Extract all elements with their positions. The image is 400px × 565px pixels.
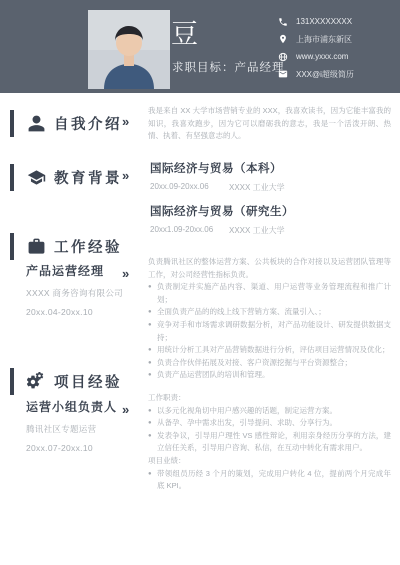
work-details: 负责腾讯社区的整体运营方案、公共板块的合作对接以及运营团队管理等工作，对公司经营… (148, 256, 391, 382)
project-duty: 发表争议，引导用户理性 VS 感性辩论，利用亲身经历分享的方法，建立信任关系，引… (148, 430, 391, 455)
education-school: XXXX 工业大学 (229, 182, 285, 193)
project-result: 带领组员历经 3 个月的策划，完成用户转化 4 位，提前两个月完成年底 KPI。 (148, 468, 391, 493)
work-bullet: 用统计分析工具对产品营销数据进行分析，评估项目运营情况及优化； (148, 344, 391, 357)
project-duty: 从备孕、孕中需求出发，引导提问、求助、分享行为。 (148, 417, 391, 430)
education-period: 20xx.09-20xx.06 (150, 182, 229, 193)
globe-icon (277, 51, 288, 62)
work-bullet: 全面负责产品的的线上线下营销方案、流量引入、； (148, 306, 391, 319)
contact-website-text: www.yxxx.com (296, 52, 348, 61)
project-period: 20xx.07-20xx.10 (26, 443, 144, 453)
project-duty-list: 以多元化视角切中用户感兴趣的话题，制定运营方案。 从备孕、孕中需求出发，引导提问… (148, 405, 391, 455)
section-title-education: 教育背景 (54, 167, 122, 188)
contact-website: www.yxxx.com (277, 48, 354, 66)
project-details: 工作职责： 以多元化视角切中用户感兴趣的话题，制定运营方案。 从备孕、孕中需求出… (148, 392, 391, 493)
person-icon (26, 114, 46, 134)
work-bullet: 竞争对手和市场需求调研数据分析，对产品功能设计、研发提供数据支持； (148, 319, 391, 344)
contact-phone: 131XXXXXXXX (277, 13, 354, 31)
work-company: XXXX 商务咨询有限公司 (26, 287, 144, 299)
education-entry: 国际经济与贸易（本科） 20xx.09-20xx.06 XXXX 工业大学 (150, 160, 393, 193)
profile-photo (88, 10, 170, 89)
work-intro: 负责腾讯社区的整体运营方案、公共板块的合作对接以及运营团队管理等工作，对公司经营… (148, 256, 391, 281)
section-work-header: 工作经验 (10, 233, 122, 260)
chevron-icon: » (122, 168, 129, 183)
work-bullet: 负责制定并实施产品内容、渠道、用户运营等业务管理流程和推广计划； (148, 281, 391, 306)
work-bullet: 负责合作伙伴拓展及对接、客户资源挖掘与平台资源整合； (148, 357, 391, 370)
contact-list: 131XXXXXXXX 上海市浦东新区 www.yxxx.com XXX@i超级… (277, 13, 354, 83)
section-accent-bar (10, 164, 14, 191)
section-title-project: 项目经验 (54, 371, 122, 392)
section-about-header: 自我介绍 (10, 110, 122, 137)
contact-email-text: XXX@i超级简历 (296, 69, 354, 80)
job-objective: 求职目标：产品经理 (172, 59, 285, 75)
chevron-icon: » (122, 266, 129, 281)
education-meta: 20xx1.09-20xx.06 XXXX 工业大学 (150, 225, 393, 236)
section-accent-bar (10, 110, 14, 137)
contact-location: 上海市浦东新区 (277, 31, 354, 49)
contact-email: XXX@i超级简历 (277, 66, 354, 84)
gears-icon (26, 372, 46, 392)
resume-page: 豆 求职目标：产品经理 131XXXXXXXX 上海市浦东新区 www.yxxx… (0, 0, 400, 565)
project-result-label: 项目业绩： (148, 455, 391, 468)
work-period: 20xx.04-20xx.10 (26, 307, 144, 317)
education-period: 20xx1.09-20xx.06 (150, 225, 229, 236)
work-bullet-list: 负责制定并实施产品内容、渠道、用户运营等业务管理流程和推广计划； 全面负责产品的… (148, 281, 391, 382)
location-icon (277, 34, 288, 45)
education-entry: 国际经济与贸易（研究生） 20xx1.09-20xx.06 XXXX 工业大学 (150, 203, 393, 236)
briefcase-icon (26, 237, 46, 257)
resume-header: 豆 求职目标：产品经理 131XXXXXXXX 上海市浦东新区 www.yxxx… (0, 0, 400, 93)
phone-icon (277, 16, 288, 27)
chevron-icon: » (122, 402, 129, 417)
section-accent-bar (10, 368, 14, 395)
project-duty-label: 工作职责： (148, 392, 391, 405)
section-education-header: 教育背景 (10, 164, 122, 191)
candidate-name: 豆 (171, 12, 198, 51)
section-project-header: 项目经验 (10, 368, 122, 395)
chevron-icon: » (122, 114, 129, 129)
project-result-list: 带领组员历经 3 个月的策划，完成用户转化 4 位，提前两个月完成年底 KPI。 (148, 468, 391, 493)
profile-photo-illustration (88, 10, 170, 89)
degree-title: 国际经济与贸易（研究生） (150, 203, 393, 219)
graduation-cap-icon (26, 168, 46, 188)
education-school: XXXX 工业大学 (229, 225, 285, 236)
education-entries: 国际经济与贸易（本科） 20xx.09-20xx.06 XXXX 工业大学 国际… (150, 160, 393, 246)
about-text: 我是来自 XX 大学市场营销专业的 XXX，我喜欢读书，因为它能丰富我的知识，我… (148, 105, 391, 143)
section-title-work: 工作经验 (54, 236, 122, 257)
project-duty: 以多元化视角切中用户感兴趣的话题，制定运营方案。 (148, 405, 391, 418)
project-subtitle: 腾讯社区专题运营 (26, 423, 144, 435)
contact-phone-text: 131XXXXXXXX (296, 17, 352, 26)
work-bullet: 负责产品运营团队的培训和管理。 (148, 369, 391, 382)
section-accent-bar (10, 233, 14, 260)
email-icon (277, 69, 288, 80)
contact-location-text: 上海市浦东新区 (296, 34, 352, 45)
section-title-about: 自我介绍 (54, 113, 122, 134)
degree-title: 国际经济与贸易（本科） (150, 160, 393, 176)
education-meta: 20xx.09-20xx.06 XXXX 工业大学 (150, 182, 393, 193)
